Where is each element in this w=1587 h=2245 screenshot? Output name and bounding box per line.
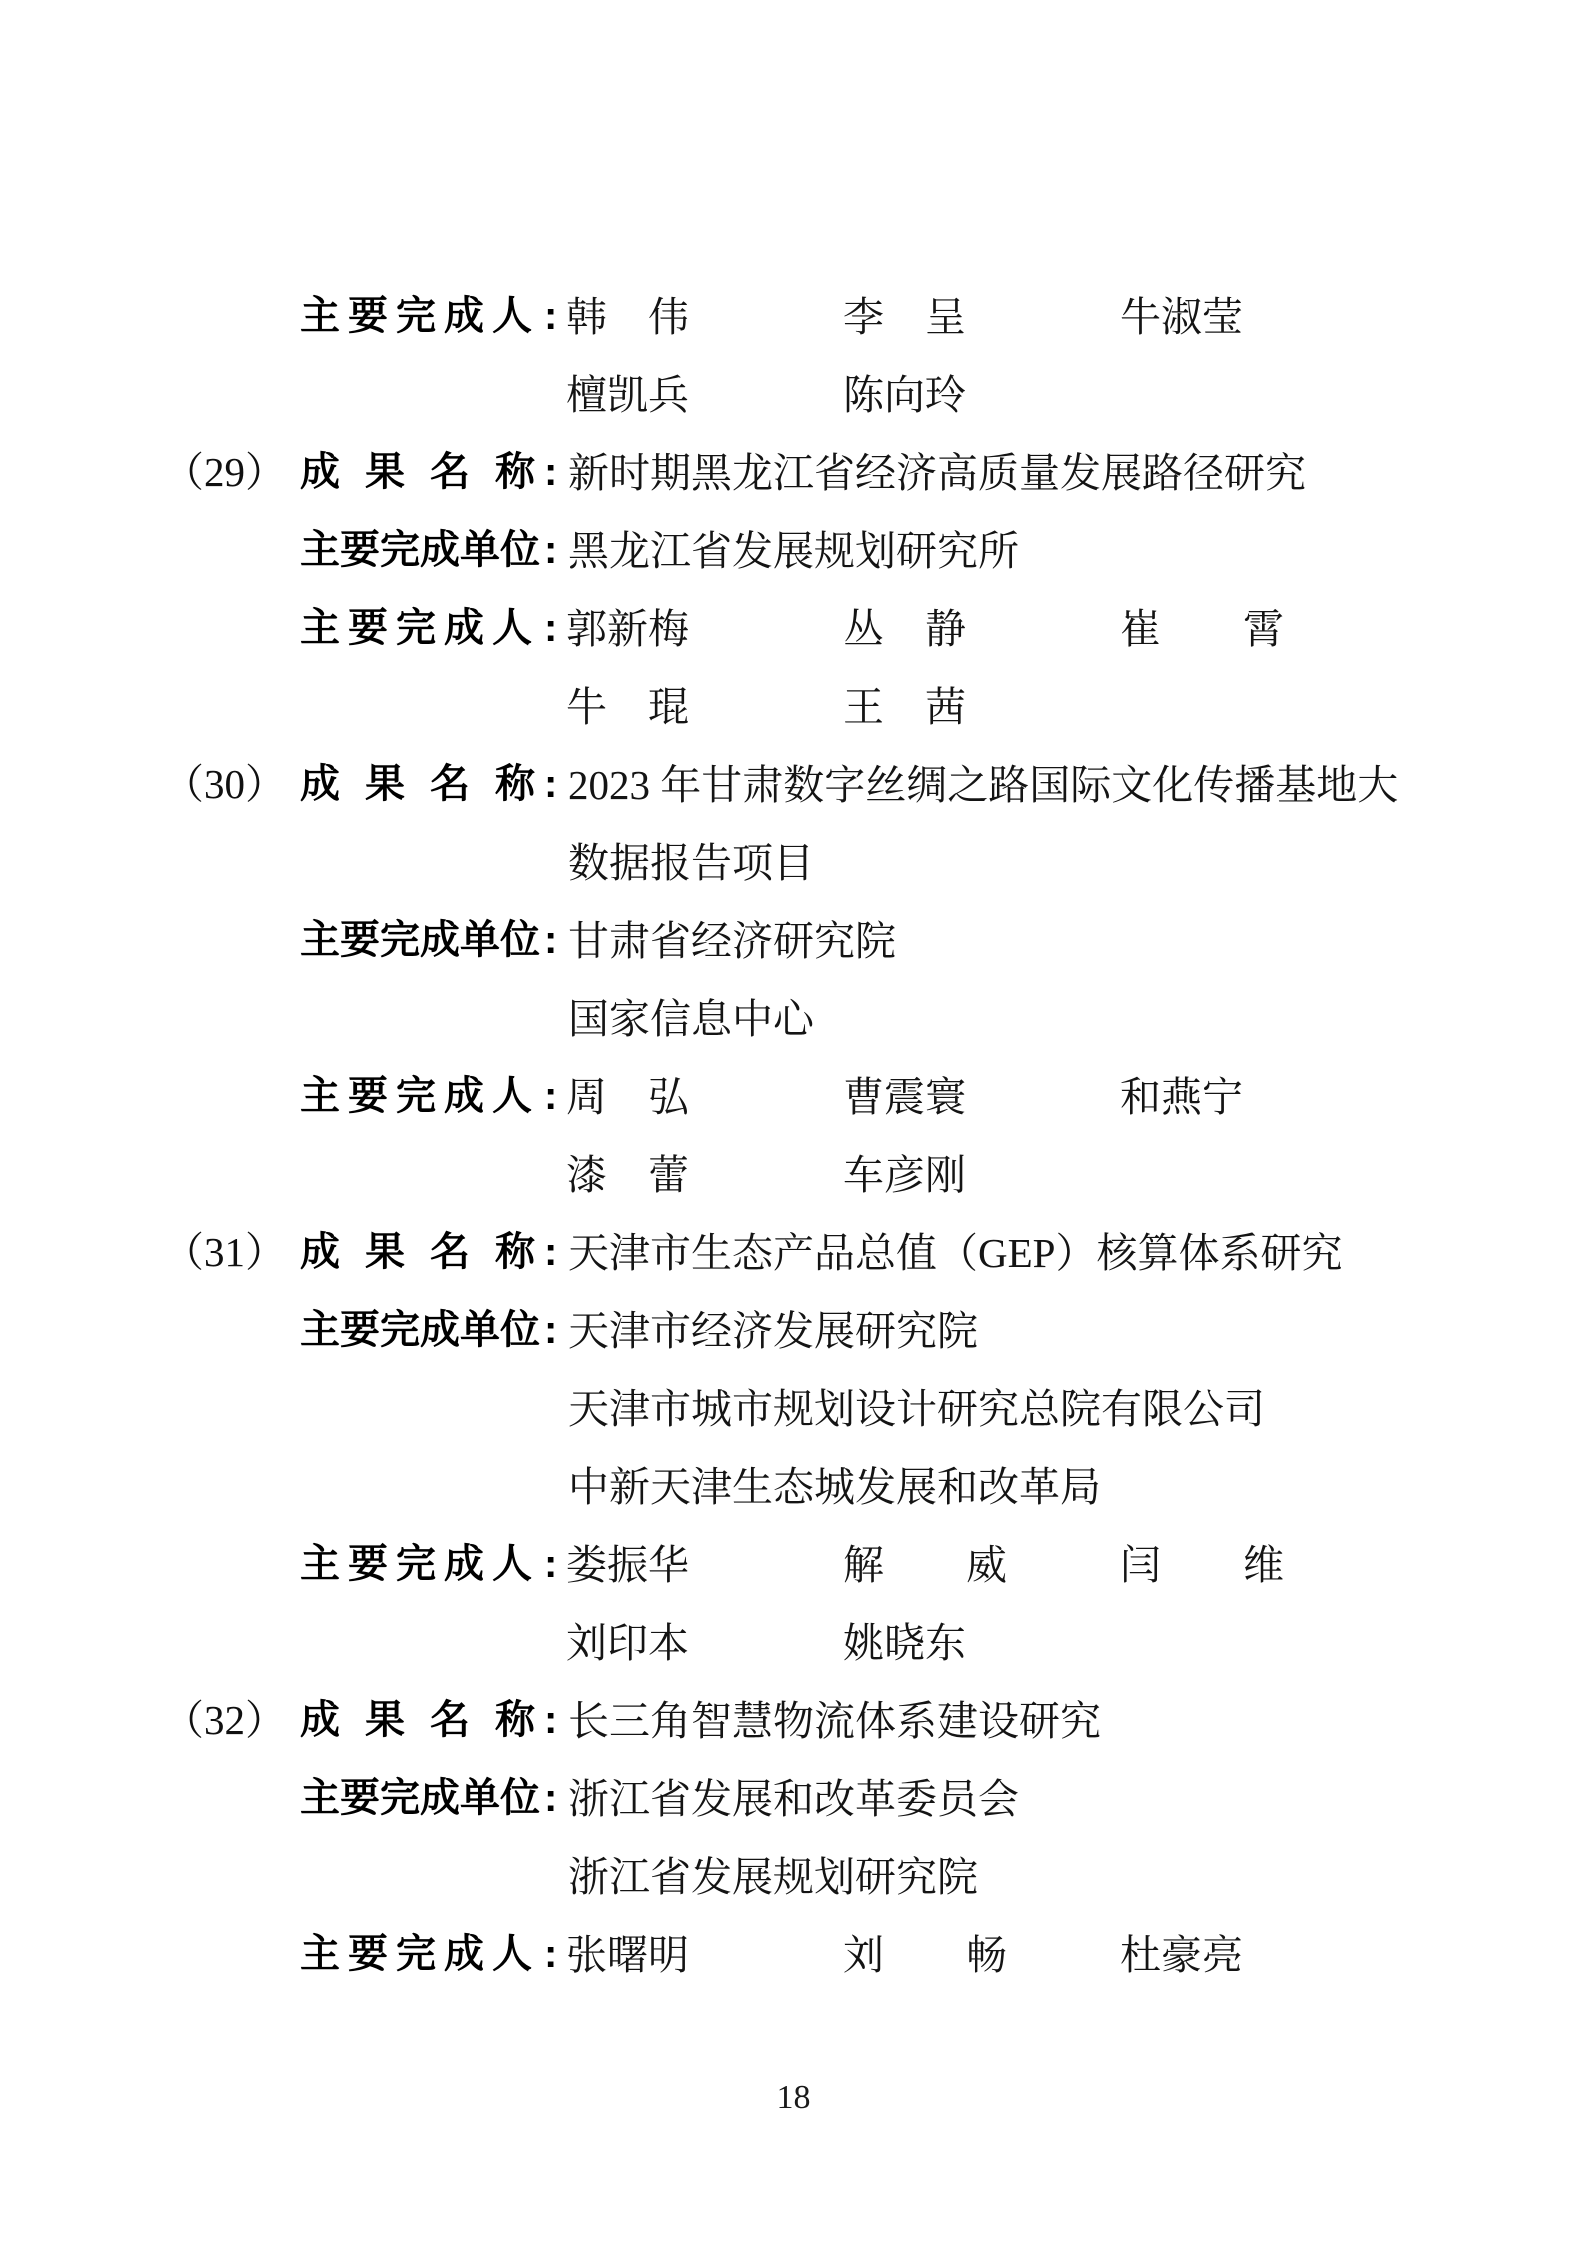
label-colon: : bbox=[544, 1305, 557, 1355]
person-name: 张曙明 bbox=[566, 1931, 689, 1979]
label-colon: : bbox=[544, 525, 557, 575]
label-colon: : bbox=[544, 1929, 557, 1979]
unit-name: 天津市经济发展研究院 bbox=[568, 1307, 978, 1355]
record-row-names: 漆 蕾 车彦刚 bbox=[0, 1149, 1587, 1227]
record-row-names: 檀凯兵 陈向玲 bbox=[0, 369, 1587, 447]
person-name: 檀凯兵 bbox=[566, 371, 689, 419]
label-colon: : bbox=[544, 603, 557, 653]
person-name: 曹震寰 bbox=[843, 1073, 966, 1121]
person-name: 丛 静 bbox=[843, 605, 966, 653]
field-label-title: 成果名称 bbox=[300, 1227, 560, 1277]
record-row-units-cont: 浙江省发展规划研究院 bbox=[0, 1851, 1587, 1929]
label-colon: : bbox=[544, 1773, 557, 1823]
person-name: 姚晓东 bbox=[843, 1619, 966, 1667]
field-label-title: 成果名称 bbox=[300, 759, 560, 809]
record-row-title: （31） 成果名称 : 天津市生态产品总值（GEP）核算体系研究 bbox=[0, 1227, 1587, 1305]
field-label-title: 成果名称 bbox=[300, 447, 560, 497]
label-colon: : bbox=[544, 1227, 557, 1277]
person-name: 娄振华 bbox=[566, 1541, 689, 1589]
field-label-units: 主要完成单位 bbox=[300, 915, 540, 965]
record-row-units-cont: 国家信息中心 bbox=[0, 993, 1587, 1071]
record-row-persons: 主要完成人 : 张曙明 刘 畅 杜豪亮 bbox=[0, 1929, 1587, 2007]
person-name: 郭新梅 bbox=[566, 605, 689, 653]
record-row-names: 刘印本 姚晓东 bbox=[0, 1617, 1587, 1695]
field-label-persons: 主要完成人 bbox=[300, 1071, 540, 1121]
field-label-persons: 主要完成人 bbox=[300, 603, 540, 653]
achievement-title: 天津市生态产品总值（GEP）核算体系研究 bbox=[568, 1229, 1342, 1277]
person-name: 牛淑莹 bbox=[1120, 293, 1243, 341]
record-row-units: 主要完成单位 : 天津市经济发展研究院 bbox=[0, 1305, 1587, 1383]
achievement-title: 新时期黑龙江省经济高质量发展路径研究 bbox=[568, 449, 1306, 497]
achievement-title: 长三角智慧物流体系建设研究 bbox=[568, 1697, 1101, 1745]
page-number: 18 bbox=[0, 2078, 1587, 2118]
record-row-persons: 主要完成人 : 郭新梅 丛 静 崔 霄 bbox=[0, 603, 1587, 681]
item-number: （31） bbox=[163, 1227, 286, 1277]
item-number: （32） bbox=[163, 1695, 286, 1745]
field-label-persons: 主要完成人 bbox=[300, 291, 540, 341]
record-row-title: （32） 成果名称 : 长三角智慧物流体系建设研究 bbox=[0, 1695, 1587, 1773]
record-row-units-cont: 天津市城市规划设计研究总院有限公司 bbox=[0, 1383, 1587, 1461]
record-row-units: 主要完成单位 : 甘肃省经济研究院 bbox=[0, 915, 1587, 993]
unit-name: 中新天津生态城发展和改革局 bbox=[568, 1463, 1101, 1511]
label-colon: : bbox=[544, 1539, 557, 1589]
record-row-persons: 主要完成人 : 娄振华 解 威 闫 维 bbox=[0, 1539, 1587, 1617]
person-name: 闫 维 bbox=[1120, 1541, 1284, 1589]
unit-name: 浙江省发展和改革委员会 bbox=[568, 1775, 1019, 1823]
record-row-names: 牛 琨 王 茜 bbox=[0, 681, 1587, 759]
field-label-units: 主要完成单位 bbox=[300, 1773, 540, 1823]
record-row-persons: 主要完成人 : 韩 伟 李 呈 牛淑莹 bbox=[0, 291, 1587, 369]
unit-name: 天津市城市规划设计研究总院有限公司 bbox=[568, 1385, 1265, 1433]
label-colon: : bbox=[544, 1071, 557, 1121]
record-row-units-cont: 中新天津生态城发展和改革局 bbox=[0, 1461, 1587, 1539]
person-name: 韩 伟 bbox=[566, 293, 689, 341]
field-label-persons: 主要完成人 bbox=[300, 1539, 540, 1589]
person-name: 牛 琨 bbox=[566, 683, 689, 731]
person-name: 崔 霄 bbox=[1120, 605, 1284, 653]
field-label-units: 主要完成单位 bbox=[300, 1305, 540, 1355]
item-number: （30） bbox=[163, 759, 286, 809]
person-name: 李 呈 bbox=[843, 293, 966, 341]
achievement-title: 2023 年甘肃数字丝绸之路国际文化传播基地大 bbox=[568, 761, 1398, 809]
record-row-title-cont: 数据报告项目 bbox=[0, 837, 1587, 915]
unit-name: 黑龙江省发展规划研究所 bbox=[568, 527, 1019, 575]
label-colon: : bbox=[544, 759, 557, 809]
person-name: 刘 畅 bbox=[843, 1931, 1007, 1979]
field-label-units: 主要完成单位 bbox=[300, 525, 540, 575]
person-name: 周 弘 bbox=[566, 1073, 689, 1121]
record-row-units: 主要完成单位 : 黑龙江省发展规划研究所 bbox=[0, 525, 1587, 603]
record-row-title: （30） 成果名称 : 2023 年甘肃数字丝绸之路国际文化传播基地大 bbox=[0, 759, 1587, 837]
achievement-title-cont: 数据报告项目 bbox=[568, 839, 814, 887]
field-label-persons: 主要完成人 bbox=[300, 1929, 540, 1979]
person-name: 陈向玲 bbox=[843, 371, 966, 419]
field-label-title: 成果名称 bbox=[300, 1695, 560, 1745]
label-colon: : bbox=[544, 291, 557, 341]
person-name: 和燕宁 bbox=[1120, 1073, 1243, 1121]
label-colon: : bbox=[544, 1695, 557, 1745]
unit-name: 浙江省发展规划研究院 bbox=[568, 1853, 978, 1901]
person-name: 解 威 bbox=[843, 1541, 1007, 1589]
person-name: 杜豪亮 bbox=[1120, 1931, 1243, 1979]
unit-name: 国家信息中心 bbox=[568, 995, 814, 1043]
person-name: 刘印本 bbox=[566, 1619, 689, 1667]
person-name: 车彦刚 bbox=[843, 1151, 966, 1199]
unit-name: 甘肃省经济研究院 bbox=[568, 917, 896, 965]
document-page: 主要完成人 : 韩 伟 李 呈 牛淑莹 檀凯兵 陈向玲 （29） 成果名称 : … bbox=[0, 0, 1587, 2245]
record-row-units: 主要完成单位 : 浙江省发展和改革委员会 bbox=[0, 1773, 1587, 1851]
record-row-persons: 主要完成人 : 周 弘 曹震寰 和燕宁 bbox=[0, 1071, 1587, 1149]
item-number: （29） bbox=[163, 447, 286, 497]
label-colon: : bbox=[544, 915, 557, 965]
record-row-title: （29） 成果名称 : 新时期黑龙江省经济高质量发展路径研究 bbox=[0, 447, 1587, 525]
person-name: 漆 蕾 bbox=[566, 1151, 689, 1199]
label-colon: : bbox=[544, 447, 557, 497]
person-name: 王 茜 bbox=[843, 683, 966, 731]
